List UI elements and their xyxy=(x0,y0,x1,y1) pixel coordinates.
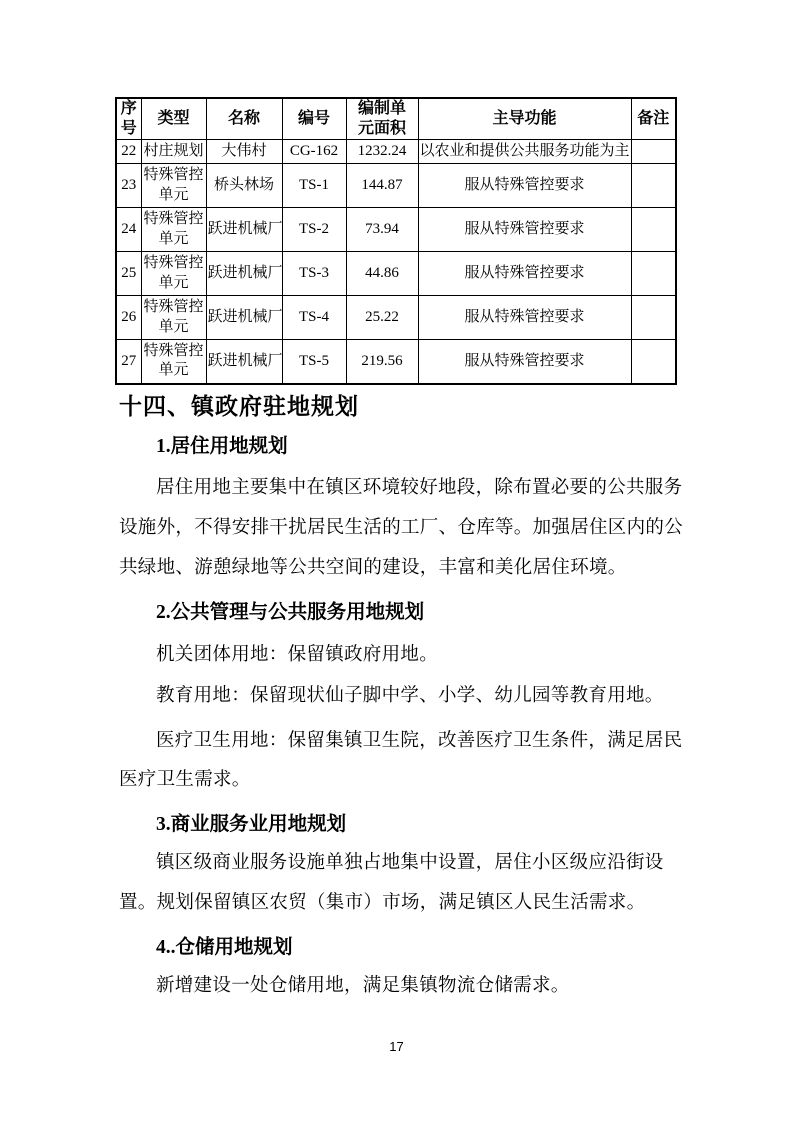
cell-note xyxy=(631,296,676,340)
cell-code: TS-4 xyxy=(282,296,346,340)
cell-serial: 22 xyxy=(116,140,141,164)
paragraph-line: 医疗卫生用地：保留集镇卫生院，改善医疗卫生条件，满足居民 xyxy=(156,726,682,752)
cell-function: 服从特殊管控要求 xyxy=(418,164,631,208)
planning-units-table: 序 号 类型 名称 编号 编制单 元面积 主导功能 备注 22 村庄规划 大伟村… xyxy=(115,97,677,385)
paragraph-line: 医疗卫生需求。 xyxy=(119,765,251,791)
table-row: 25 特殊管控 单元 跃进机械厂 TS-3 44.86 服从特殊管控要求 xyxy=(116,252,676,296)
col-header-area: 编制单 元面积 xyxy=(346,98,418,140)
cell-note xyxy=(631,164,676,208)
cell-serial: 23 xyxy=(116,164,141,208)
cell-function: 服从特殊管控要求 xyxy=(418,208,631,252)
cell-name: 跃进机械厂 xyxy=(206,340,282,384)
paragraph-line: 教育用地：保留现状仙子脚中学、小学、幼儿园等教育用地。 xyxy=(156,681,664,707)
cell-area: 1232.24 xyxy=(346,140,418,164)
cell-serial: 24 xyxy=(116,208,141,252)
cell-note xyxy=(631,140,676,164)
cell-area: 44.86 xyxy=(346,252,418,296)
cell-function: 服从特殊管控要求 xyxy=(418,340,631,384)
table-row: 27 特殊管控 单元 跃进机械厂 TS-5 219.56 服从特殊管控要求 xyxy=(116,340,676,384)
cell-name: 跃进机械厂 xyxy=(206,296,282,340)
cell-code: TS-3 xyxy=(282,252,346,296)
section-title: 4..仓储用地规划 xyxy=(156,931,293,959)
section-title: 1.居住用地规划 xyxy=(156,430,288,458)
col-header-type: 类型 xyxy=(141,98,206,140)
paragraph-line: 居住用地主要集中在镇区环境较好地段，除布置必要的公共服务 xyxy=(156,473,682,499)
col-header-function: 主导功能 xyxy=(418,98,631,140)
paragraph-line: 镇区级商业服务设施单独占地集中设置，居住小区级应沿街设 xyxy=(156,848,664,874)
table-header-row: 序 号 类型 名称 编号 编制单 元面积 主导功能 备注 xyxy=(116,98,676,140)
cell-code: TS-2 xyxy=(282,208,346,252)
page-number: 17 xyxy=(0,1039,793,1054)
cell-function: 服从特殊管控要求 xyxy=(418,296,631,340)
cell-area: 73.94 xyxy=(346,208,418,252)
cell-name: 跃进机械厂 xyxy=(206,252,282,296)
paragraph-line: 置。规划保留镇区农贸（集市）市场，满足镇区人民生活需求。 xyxy=(119,888,645,914)
cell-type: 特殊管控 单元 xyxy=(141,208,206,252)
col-header-code: 编号 xyxy=(282,98,346,140)
section-title: 3.商业服务业用地规划 xyxy=(156,808,346,836)
document-page: 序 号 类型 名称 编号 编制单 元面积 主导功能 备注 22 村庄规划 大伟村… xyxy=(0,0,793,1122)
cell-area: 144.87 xyxy=(346,164,418,208)
section-title: 2.公共管理与公共服务用地规划 xyxy=(156,596,424,624)
cell-serial: 27 xyxy=(116,340,141,384)
cell-serial: 25 xyxy=(116,252,141,296)
col-header-serial: 序 号 xyxy=(116,98,141,140)
cell-type: 特殊管控 单元 xyxy=(141,164,206,208)
cell-function: 以农业和提供公共服务功能为主 xyxy=(418,140,631,164)
table-row: 26 特殊管控 单元 跃进机械厂 TS-4 25.22 服从特殊管控要求 xyxy=(116,296,676,340)
cell-note xyxy=(631,252,676,296)
cell-note xyxy=(631,208,676,252)
col-header-note: 备注 xyxy=(631,98,676,140)
cell-type: 特殊管控 单元 xyxy=(141,252,206,296)
cell-serial: 26 xyxy=(116,296,141,340)
cell-area: 219.56 xyxy=(346,340,418,384)
cell-code: TS-1 xyxy=(282,164,346,208)
cell-name: 大伟村 xyxy=(206,140,282,164)
table-row: 23 特殊管控 单元 桥头林场 TS-1 144.87 服从特殊管控要求 xyxy=(116,164,676,208)
col-header-name: 名称 xyxy=(206,98,282,140)
cell-code: CG-162 xyxy=(282,140,346,164)
paragraph-line: 机关团体用地：保留镇政府用地。 xyxy=(156,640,438,666)
table-row: 22 村庄规划 大伟村 CG-162 1232.24 以农业和提供公共服务功能为… xyxy=(116,140,676,164)
cell-name: 跃进机械厂 xyxy=(206,208,282,252)
cell-function: 服从特殊管控要求 xyxy=(418,252,631,296)
paragraph-line: 新增建设一处仓储用地，满足集镇物流仓储需求。 xyxy=(156,971,570,997)
cell-type: 特殊管控 单元 xyxy=(141,296,206,340)
cell-area: 25.22 xyxy=(346,296,418,340)
cell-note xyxy=(631,340,676,384)
chapter-heading: 十四、镇政府驻地规划 xyxy=(119,388,359,421)
cell-type: 村庄规划 xyxy=(141,140,206,164)
table-row: 24 特殊管控 单元 跃进机械厂 TS-2 73.94 服从特殊管控要求 xyxy=(116,208,676,252)
paragraph-line: 共绿地、游憩绿地等公共空间的建设，丰富和美化居住环境。 xyxy=(119,553,627,579)
cell-code: TS-5 xyxy=(282,340,346,384)
cell-name: 桥头林场 xyxy=(206,164,282,208)
cell-type: 特殊管控 单元 xyxy=(141,340,206,384)
paragraph-line: 设施外，不得安排干扰居民生活的工厂、仓库等。加强居住区内的公 xyxy=(119,513,683,539)
